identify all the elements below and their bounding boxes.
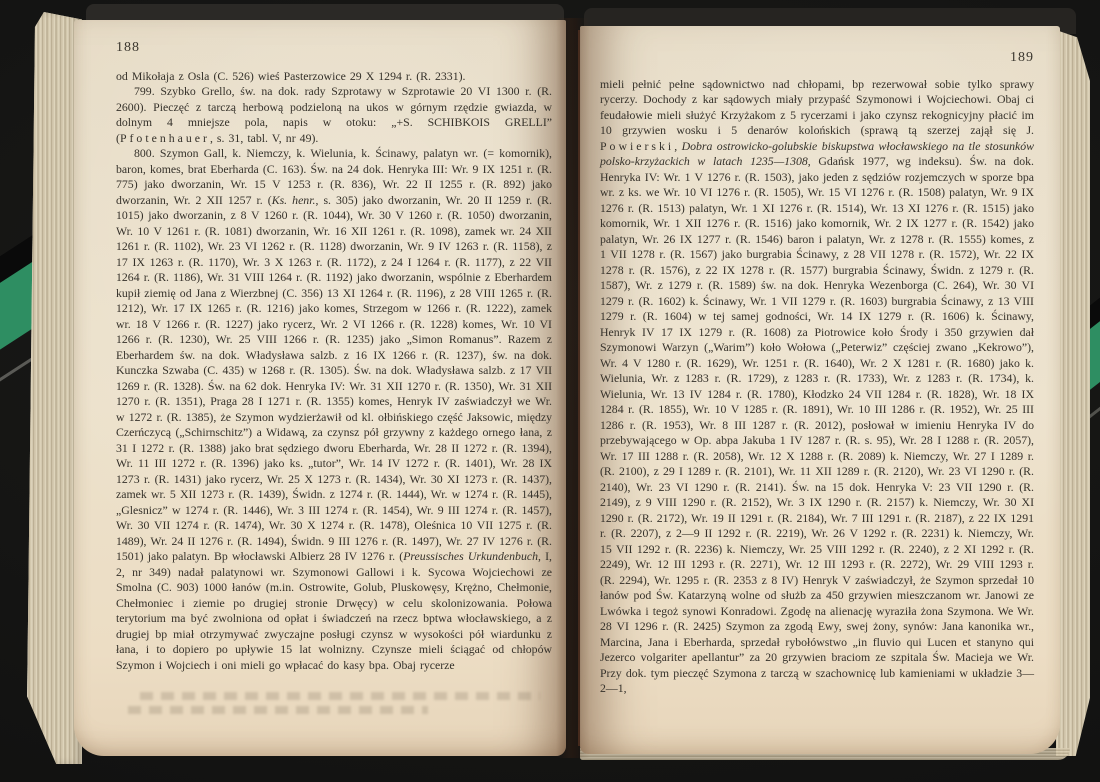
page-188-text: od Mikołaja z Osla (C. 526) wieś Pasterz…: [116, 69, 552, 674]
book-gutter: [556, 18, 590, 758]
page-188-column: 188 od Mikołaja z Osla (C. 526) wieś Pas…: [116, 40, 552, 673]
letterspaced-name-segment: Powierski: [600, 139, 674, 153]
show-through-text-smudge: [128, 706, 428, 714]
paragraph: 800. Szymon Gall, k. Niemczy, k. Wieluni…: [116, 146, 552, 673]
page-189-text: mieli pełnić pełne sądownictwo nad chłop…: [600, 77, 1034, 697]
right-page-fore-edge: [1056, 30, 1090, 756]
text-segment: ,: [674, 139, 681, 153]
paragraph: od Mikołaja z Osla (C. 526) wieś Pasterz…: [116, 69, 552, 85]
page-number-189: 189: [600, 50, 1034, 66]
gutter-crease-line: [578, 30, 580, 746]
italic-text-segment: Ks. henr.: [272, 193, 316, 207]
text-segment: , s. 31, tabl. V, nr 49).: [210, 131, 318, 145]
letterspaced-name-segment: Pfotenhauer: [120, 131, 210, 145]
text-segment: od Mikołaja z Osla (C. 526) wieś Pasterz…: [116, 69, 465, 83]
page-number-188: 188: [116, 40, 552, 56]
photo-background: 188 od Mikołaja z Osla (C. 526) wieś Pas…: [0, 0, 1100, 782]
italic-text-segment: Preussisches Urkundenbuch: [403, 549, 538, 563]
paragraph: 799. Szybko Grello, św. na dok. rady Szp…: [116, 84, 552, 146]
show-through-text-smudge: [140, 692, 540, 700]
page-189-column: 189 mieli pełnić pełne sądownictwo nad c…: [600, 50, 1034, 697]
text-segment: , I, 2, nr 349) nadał palatynowi wr. Szy…: [116, 549, 552, 672]
text-segment: mieli pełnić pełne sądownictwo nad chłop…: [600, 77, 1034, 138]
text-segment: , Gdańsk 1977, wg indeksu). Św. na dok. …: [600, 154, 1034, 695]
text-segment: , s. 305) jako dworzanin, Wr. 20 II 1259…: [116, 193, 552, 564]
paragraph: mieli pełnić pełne sądownictwo nad chłop…: [600, 77, 1034, 697]
